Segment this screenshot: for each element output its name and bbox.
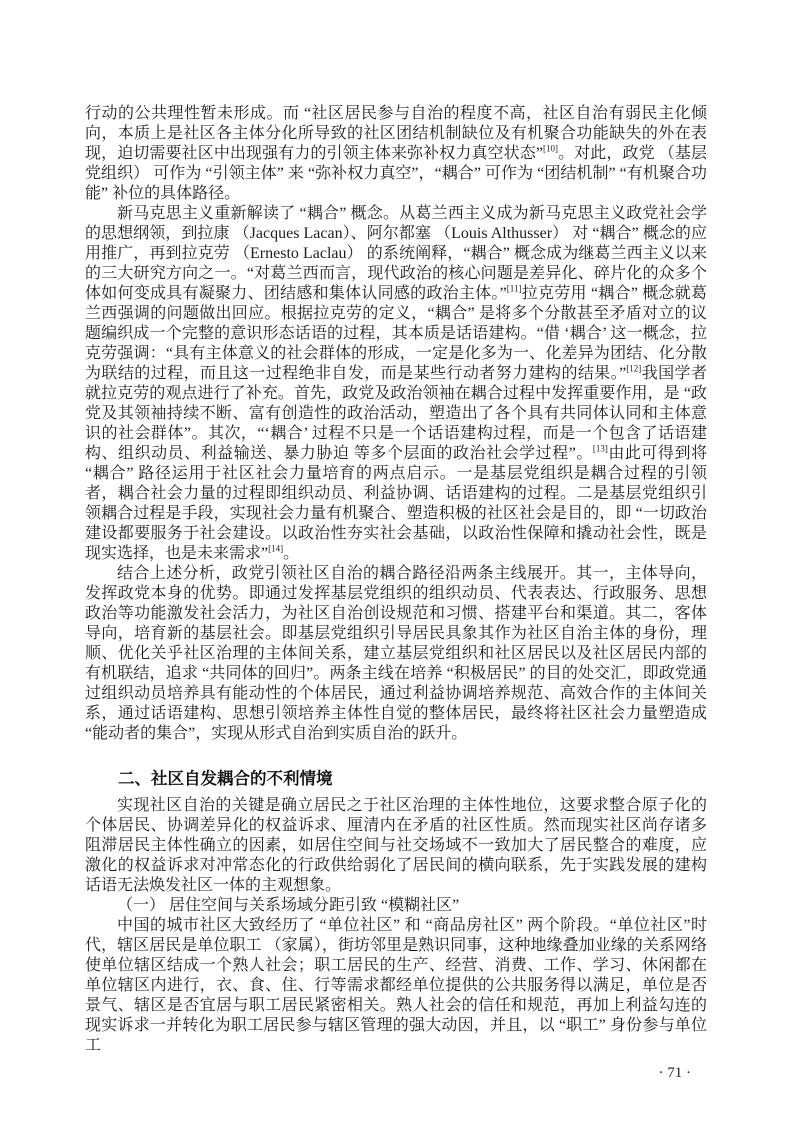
paragraph: 中国的城市社区大致经历了 “单位社区” 和 “商品房社区” 两个阶段。“单位社区… <box>85 916 707 1056</box>
section-heading: 二、社区自发耦合的不利情境 <box>85 769 707 789</box>
page-number: · 71 · <box>85 1065 707 1082</box>
paragraph: 新马克思主义重新解读了 “耦合” 概念。从葛兰西主义成为新马克思主义政党社会学的… <box>85 204 707 564</box>
paragraph: 实现社区自治的关键是确立居民之于社区治理的主体性地位，这要求整合原子化的个体居民… <box>85 796 707 896</box>
subsection-heading: （一） 居住空间与关系场域分距引致 “模糊社区” <box>85 896 707 916</box>
citation-ref: [11] <box>507 284 522 294</box>
citation-ref: [12] <box>626 364 641 374</box>
citation-ref: [10] <box>543 144 558 154</box>
article-body: 行动的公共理性暂未形成。而 “社区居民参与自治的程度不高，社区自治有弱民主化倾向… <box>85 104 707 1056</box>
paragraph: 结合上述分析，政党引领社区自治的耦合路径沿两条主线展开。其一，主体导向，发挥政党… <box>85 564 707 744</box>
paper-page: 行动的公共理性暂未形成。而 “社区居民参与自治的程度不高，社区自治有弱民主化倾向… <box>0 0 793 1122</box>
citation-ref: [14] <box>268 544 283 554</box>
paragraph: 行动的公共理性暂未形成。而 “社区居民参与自治的程度不高，社区自治有弱民主化倾向… <box>85 104 707 204</box>
citation-ref: [13] <box>593 444 608 454</box>
